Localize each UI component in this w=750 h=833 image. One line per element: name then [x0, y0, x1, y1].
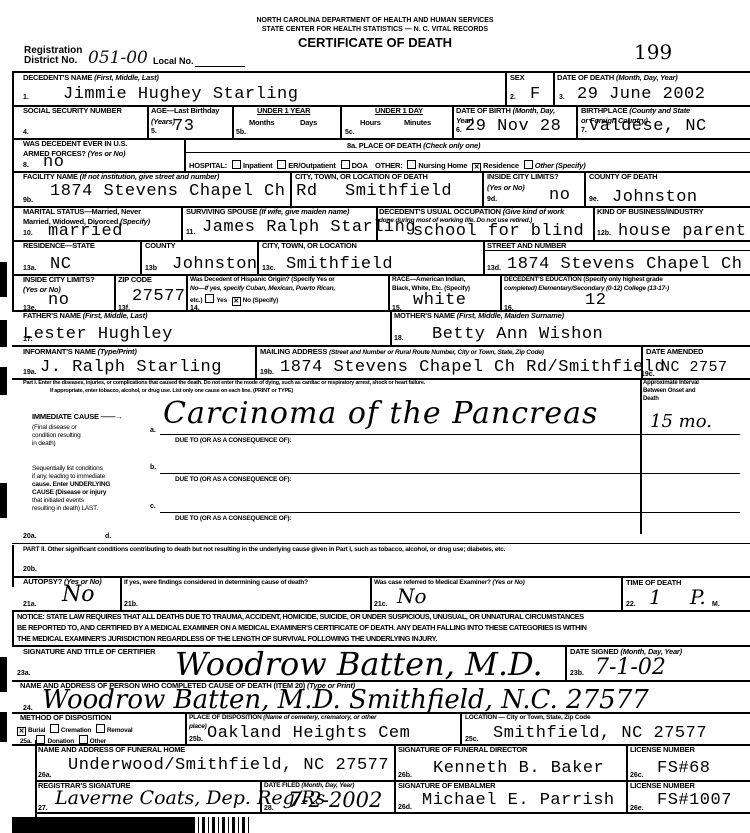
- inside-city-limits-field[interactable]: no: [549, 187, 570, 205]
- education-label: DECEDENT'S EDUCATION (Specify only highe…: [504, 275, 663, 284]
- margin-tab: [0, 712, 7, 742]
- father-name-label: FATHER'S NAME (First, Middle, Last): [23, 311, 147, 320]
- dob-label: DATE OF BIRTH (Month, Day,: [456, 106, 555, 115]
- certifier-signature-label: SIGNATURE AND TITLE OF CERTIFIER: [23, 647, 155, 656]
- margin-tab: [0, 367, 7, 395]
- margin-tab: [0, 262, 7, 297]
- zip-label: ZIP CODE: [118, 275, 152, 284]
- zip-field[interactable]: 27577: [132, 288, 186, 306]
- marital-status-field[interactable]: married: [48, 223, 123, 241]
- date-of-birth-field[interactable]: 29 Nov 28: [465, 118, 561, 136]
- funeral-home-field[interactable]: Underwood/Smithfield, NC 27577: [68, 757, 389, 775]
- under-1-day-label: UNDER 1 DAY: [375, 106, 423, 115]
- age-hint: (Years): [151, 117, 175, 126]
- location-field[interactable]: Smithfield, NC 27577: [493, 725, 707, 743]
- funeral-director-field[interactable]: Kenneth B. Baker: [433, 760, 604, 778]
- race-label: RACE—American Indian,: [392, 275, 465, 284]
- facility-label: FACILITY NAME (If not institution, give …: [23, 172, 219, 181]
- education-field[interactable]: 12: [585, 292, 606, 310]
- disposition-method-label: METHOD OF DISPOSITION: [20, 713, 111, 722]
- margin-tab: [0, 657, 7, 692]
- armed-forces-field[interactable]: no: [43, 154, 64, 172]
- residence-state-field[interactable]: NC: [50, 256, 71, 274]
- residence-state-label: RESIDENCE—STATE: [23, 241, 95, 250]
- city-of-death-field[interactable]: Smithfield: [345, 183, 452, 201]
- sex-field[interactable]: F: [530, 86, 541, 104]
- birthplace-label: BIRTHPLACE (County and State: [581, 106, 690, 115]
- embalmer-license-field[interactable]: FS#1007: [657, 792, 732, 810]
- residence-street-label: STREET AND NUMBER: [487, 241, 566, 250]
- mother-name-label: MOTHER'S NAME (First, Middle, Maiden Sur…: [394, 311, 564, 320]
- other-specify-checkbox[interactable]: [524, 160, 533, 169]
- er-outpatient-checkbox[interactable]: [277, 160, 286, 169]
- date-signed-field[interactable]: 7-1-02: [595, 655, 666, 680]
- age-field[interactable]: 73: [173, 118, 194, 136]
- notice-line-3: THE MEDICAL EXAMINER'S JURISDICTION REGA…: [17, 634, 437, 643]
- business-field[interactable]: house parent: [618, 223, 746, 241]
- inside-city-limits-label: INSIDE CITY LIMITS?: [487, 172, 558, 181]
- other-disposition-checkbox[interactable]: [79, 735, 88, 744]
- race-field[interactable]: white: [413, 292, 467, 310]
- date-amended-label: DATE AMENDED: [646, 347, 703, 356]
- notice-line-2: BE REPORTED TO, AND CERTIFIED BY A MEDIC…: [17, 623, 587, 632]
- date-amended-field[interactable]: NC 2757: [661, 359, 728, 377]
- margin-tab: [0, 483, 7, 518]
- part-2-label: PART II. Other significant conditions co…: [23, 545, 505, 554]
- residence-city-label: CITY, TOWN, OR LOCATION: [262, 241, 357, 250]
- agency-line-2: STATE CENTER FOR HEALTH STATISTICS — N. …: [0, 26, 750, 33]
- informant-name-label: INFORMANT'S NAME (Type/Print): [23, 347, 137, 356]
- embalmer-field[interactable]: Michael E. Parrish: [422, 792, 615, 810]
- certifier-signature[interactable]: Woodrow Batten, M.D.: [175, 645, 543, 683]
- margin-tab: [0, 320, 7, 347]
- district-number[interactable]: 051-00: [88, 48, 148, 68]
- immediate-cause-label: IMMEDIATE CAUSE ——→: [32, 412, 123, 421]
- local-no-label: Local No.: [153, 56, 194, 66]
- residence-inside-field[interactable]: no: [48, 292, 69, 310]
- location-label: LOCATION — City or Town, State, Zip Code: [465, 713, 590, 722]
- county-of-death-label: COUNTY OF DEATH: [589, 172, 657, 181]
- residence-county-label: COUNTY: [145, 241, 175, 250]
- nursing-home-checkbox[interactable]: [407, 160, 416, 169]
- inpatient-checkbox[interactable]: [232, 160, 241, 169]
- director-license-field[interactable]: FS#68: [657, 760, 711, 778]
- medical-examiner-field[interactable]: No: [397, 584, 427, 608]
- hispanic-yes-checkbox[interactable]: [205, 294, 214, 303]
- decedent-name-field[interactable]: Jimmie Hughey Starling: [63, 86, 298, 104]
- agency-line-1: NORTH CAROLINA DEPARTMENT OF HEALTH AND …: [0, 17, 750, 24]
- bottom-bar: [12, 817, 192, 833]
- autopsy-field[interactable]: No: [62, 582, 95, 607]
- cause-line-a-field[interactable]: Carcinoma of the Pancreas: [163, 396, 598, 431]
- place-of-disposition-field[interactable]: Oakland Heights Cem: [207, 725, 410, 743]
- hispanic-no-checkbox[interactable]: ✕: [232, 297, 241, 306]
- director-license-label: LICENSE NUMBER: [630, 745, 695, 754]
- time-of-death-field[interactable]: 1: [649, 585, 662, 609]
- removal-checkbox[interactable]: [96, 724, 105, 733]
- date-of-death-field[interactable]: 29 June 2002: [577, 86, 705, 104]
- date-filed-field[interactable]: 7-2-2002: [288, 788, 382, 812]
- surviving-spouse-label: SURVIVING SPOUSE (If wife, give maiden n…: [186, 207, 349, 216]
- residence-city-field[interactable]: Smithfield: [286, 256, 393, 274]
- date-of-death-label: DATE OF DEATH (Month, Day, Year): [557, 73, 678, 82]
- funeral-director-label: SIGNATURE OF FUNERAL DIRECTOR: [398, 745, 527, 754]
- time-ampm-field[interactable]: P.: [690, 585, 706, 609]
- county-of-death-field[interactable]: Johnston: [612, 189, 698, 207]
- residence-inside-label: INSIDE CITY LIMITS?: [23, 275, 94, 284]
- completer-field[interactable]: Woodrow Batten, M.D. Smithfield, N.C. 27…: [42, 685, 649, 715]
- certificate-number: 199: [634, 40, 672, 64]
- occupation-field[interactable]: school for blind: [413, 223, 584, 241]
- age-label: AGE—Last Birthday: [151, 106, 219, 115]
- cause-line-a-interval[interactable]: 15 mo.: [650, 411, 712, 432]
- decedent-name-label: DECEDENT'S NAME (First, Middle, Last): [23, 73, 159, 82]
- cremation-checkbox[interactable]: [50, 724, 59, 733]
- findings-label: If yes, were findings considered in dete…: [124, 578, 308, 587]
- ssn-label: SOCIAL SECURITY NUMBER: [23, 106, 122, 115]
- armed-forces-label: WAS DECEDENT EVER IN U.S.: [23, 139, 127, 148]
- registrar-signature[interactable]: Laverne Coats, Dep. Reg/Rs: [55, 787, 325, 809]
- marital-status-label: MARITAL STATUS—Married, Never: [23, 207, 141, 216]
- occupation-label: DECEDENT'S USUAL OCCUPATION (Give kind o…: [379, 207, 564, 216]
- facility-field[interactable]: 1874 Stevens Chapel Ch Rd: [50, 183, 318, 201]
- residence-street-field[interactable]: 1874 Stevens Chapel Ch: [507, 256, 742, 274]
- business-label: KIND OF BUSINESS/INDUSTRY: [597, 207, 703, 216]
- mailing-address-field[interactable]: 1874 Stevens Chapel Ch Rd/Smithfield: [280, 359, 665, 377]
- hispanic-label: Was Decedent of Hispanic Origin? (Specif…: [190, 275, 335, 284]
- doa-checkbox[interactable]: [341, 160, 350, 169]
- informant-name-field[interactable]: J. Ralph Starling: [40, 359, 222, 377]
- donation-checkbox[interactable]: [36, 735, 45, 744]
- city-of-death-label: CITY, TOWN, OR LOCATION OF DEATH: [295, 172, 428, 181]
- embalmer-label: SIGNATURE OF EMBALMER: [398, 781, 495, 790]
- embalmer-license-label: LICENSE NUMBER: [630, 781, 695, 790]
- sex-label: SEX: [510, 73, 524, 82]
- place-of-disposition-label: PLACE OF DISPOSITION (Name of cemetery, …: [189, 713, 376, 722]
- father-name-field[interactable]: Lester Hughley: [23, 326, 173, 344]
- barcode: [192, 817, 252, 833]
- place-of-death-label: 8a. PLACE OF DEATH (Check only one): [347, 141, 480, 150]
- mother-name-field[interactable]: Betty Ann Wishon: [432, 326, 603, 344]
- birthplace-field[interactable]: Valdese, NC: [589, 118, 707, 136]
- funeral-home-label: NAME AND ADDRESS OF FUNERAL HOME: [38, 745, 185, 754]
- residence-county-field[interactable]: Johnston: [172, 256, 258, 274]
- mailing-address-label: MAILING ADDRESS (Street and Number or Ru…: [260, 347, 544, 357]
- notice-line-1: NOTICE: STATE LAW REQUIRES THAT ALL DEAT…: [17, 612, 584, 621]
- district-label: District No.: [24, 55, 77, 66]
- under-1-year-label: UNDER 1 YEAR: [257, 106, 310, 115]
